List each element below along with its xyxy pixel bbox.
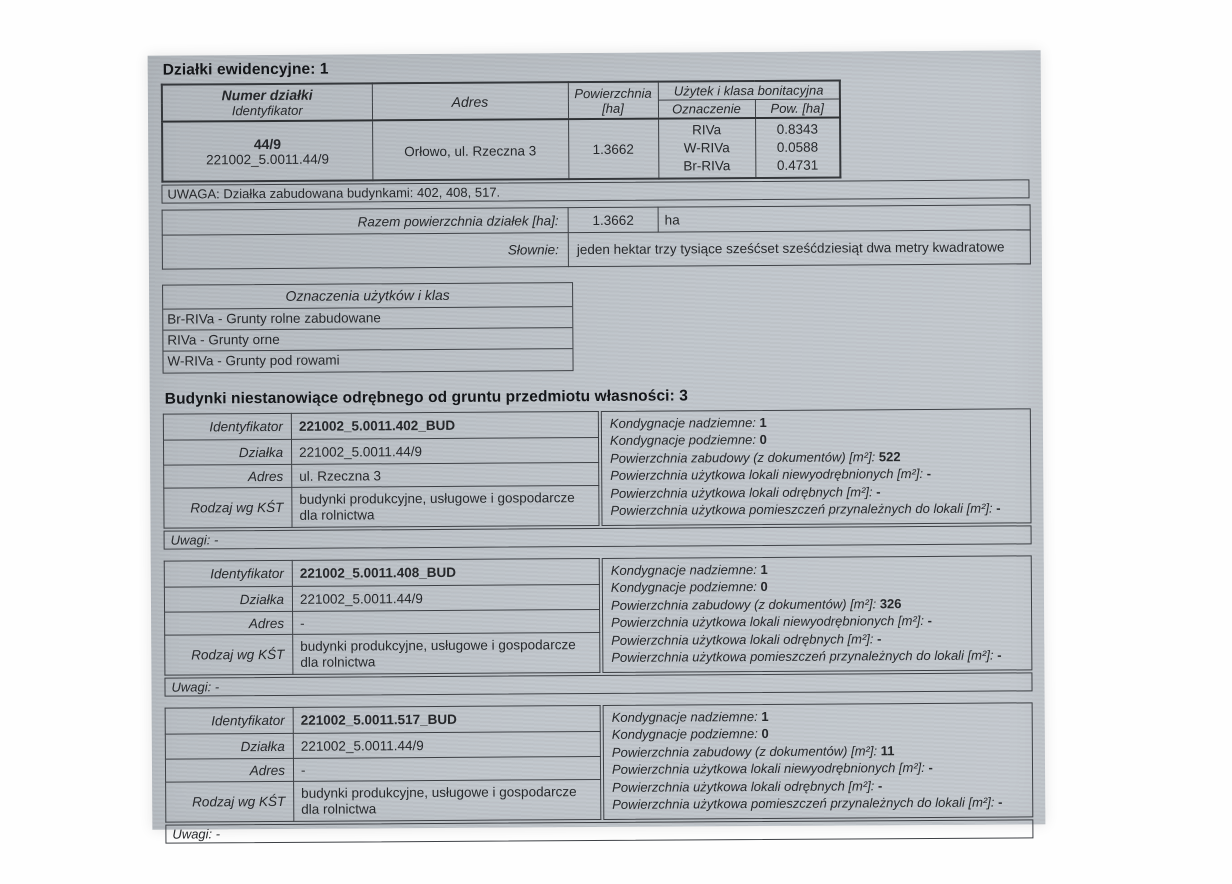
- parcel-row: 44/9 221002_5.0011.44/9 Orłowo, ul. Rzec…: [162, 118, 840, 182]
- buildings-section-title: Budynki niestanowiące odrębnego od grunt…: [165, 385, 1043, 408]
- attr-value: -: [928, 760, 932, 775]
- attr-label: Powierzchnia użytkowa pomieszczeń przyna…: [612, 795, 994, 812]
- header-identyfikator-label: Identyfikator: [169, 102, 366, 118]
- attr-value: -: [877, 631, 881, 646]
- attr-label: Powierzchnia zabudowy (z dokumentów) [m²…: [612, 743, 877, 760]
- building-id-label: Identyfikator: [165, 707, 293, 734]
- attr-label: Powierzchnia użytkowa lokali odrębnych […: [610, 484, 872, 501]
- building-block: Identyfikator 221002_5.0011.517_BUD Dzia…: [165, 702, 1034, 822]
- legend-item: RIVa - Grunty orne: [163, 328, 572, 351]
- attr-value: 1: [761, 709, 768, 724]
- total-area-label: Razem powierzchnia działek [ha]:: [162, 208, 568, 235]
- land-use-area: 0.4731: [762, 157, 834, 175]
- parcels-section-title: Działki ewidencyjne: 1: [163, 56, 1041, 79]
- building-parcel-label: Działka: [163, 439, 291, 465]
- attr-value: -: [876, 484, 880, 499]
- building-type-label: Rodzaj wg KŚT: [164, 487, 292, 528]
- attr-value: -: [997, 648, 1001, 663]
- attr-label: Powierzchnia zabudowy (z dokumentów) [m²…: [611, 596, 876, 613]
- parcel-note: UWAGA: Działka zabudowana budynkami: 402…: [161, 179, 1029, 203]
- building-block: Identyfikator 221002_5.0011.402_BUD Dzia…: [163, 408, 1032, 528]
- legend-item: Br-RIVa - Grunty rolne zabudowane: [163, 307, 572, 330]
- header-powierzchnia-line2: [ha]: [574, 100, 651, 115]
- building-type-label: Rodzaj wg KŚT: [165, 634, 293, 675]
- building-attributes-panel: Kondygnacje nadziemne: 1 Kondygnacje pod…: [602, 555, 1033, 673]
- area-summary-table: Razem powierzchnia działek [ha]: 1.3662 …: [162, 204, 1031, 269]
- attr-value: 522: [879, 449, 901, 464]
- building-parcel-value: 221002_5.0011.44/9: [293, 731, 600, 758]
- building-parcel-value: 221002_5.0011.44/9: [292, 584, 599, 611]
- attr-label: Powierzchnia użytkowa lokali niewyodrębn…: [611, 613, 924, 630]
- attr-value: -: [927, 466, 931, 481]
- attr-label: Powierzchnia użytkowa lokali odrębnych […: [612, 778, 874, 795]
- legend-item: W-RIVa - Grunty pod rowami: [163, 349, 572, 372]
- total-area-unit: ha: [658, 205, 1030, 232]
- building-info-table: Identyfikator 221002_5.0011.408_BUD Dzia…: [164, 558, 601, 676]
- parcel-address: Orłowo, ul. Rzeczna 3: [372, 119, 568, 180]
- building-block: Identyfikator 221002_5.0011.408_BUD Dzia…: [164, 555, 1033, 675]
- building-address-value: ul. Rzeczna 3: [292, 462, 599, 487]
- attr-label: Kondygnacje podziemne:: [611, 579, 757, 595]
- attr-value: 326: [880, 596, 902, 611]
- parcel-number-cell: 44/9 221002_5.0011.44/9: [162, 120, 372, 181]
- building-type-value: budynki produkcyjne, usługowe i gospodar…: [293, 632, 600, 674]
- building-id-value: 221002_5.0011.408_BUD: [292, 558, 599, 586]
- attr-usable-area-ancillary: Powierzchnia użytkowa pomieszczeń przyna…: [612, 793, 1024, 813]
- building-parcel-label: Działka: [165, 733, 293, 759]
- attr-value: 0: [760, 579, 767, 594]
- land-use-legend: Oznaczenia użytków i klas Br-RIVa - Grun…: [162, 282, 574, 374]
- attr-value: -: [996, 501, 1000, 516]
- building-address-label: Adres: [165, 758, 293, 782]
- attr-usable-area-ancillary: Powierzchnia użytkowa pomieszczeń przyna…: [611, 646, 1023, 666]
- col-header-numer-dzialki: Numer działki Identyfikator: [162, 83, 372, 121]
- building-remarks: Uwagi: -: [165, 819, 1033, 843]
- land-use-area: 0.0588: [762, 139, 834, 157]
- in-words-label: Słownie:: [162, 233, 568, 269]
- land-use-area: 0.8343: [762, 121, 834, 139]
- land-use-code: W-RIVa: [665, 139, 749, 158]
- attr-label: Kondygnacje podziemne:: [612, 726, 758, 742]
- attr-value: -: [998, 795, 1002, 810]
- attr-label: Kondygnacje nadziemne:: [610, 415, 756, 431]
- attr-value: 11: [881, 743, 895, 758]
- land-use-code: RIVa: [665, 121, 749, 140]
- col-header-oznaczenie: Oznaczenie: [658, 100, 755, 119]
- land-use-code: Br-RIVa: [665, 157, 749, 176]
- header-powierzchnia-line1: Powierzchnia: [574, 85, 651, 100]
- col-header-uzytek-klasa: Użytek i klasa bonitacyjna: [658, 81, 840, 101]
- attr-label: Powierzchnia zabudowy (z dokumentów) [m²…: [610, 449, 875, 466]
- building-id-label: Identyfikator: [163, 413, 291, 440]
- in-words-text: jeden hektar trzy tysiące sześćset sześć…: [568, 230, 1030, 267]
- building-id-value: 221002_5.0011.402_BUD: [291, 411, 598, 439]
- attr-value: 1: [760, 562, 767, 577]
- parcels-table: Numer działki Identyfikator Adres Powier…: [161, 80, 842, 183]
- building-address-value: -: [293, 756, 600, 781]
- col-header-pow-ha: Pow. [ha]: [755, 99, 840, 118]
- attr-label: Kondygnacje nadziemne:: [611, 562, 757, 578]
- building-parcel-label: Działka: [164, 586, 292, 612]
- building-id-value: 221002_5.0011.517_BUD: [293, 705, 600, 733]
- attr-value: 1: [759, 415, 766, 430]
- building-attributes-panel: Kondygnacje nadziemne: 1 Kondygnacje pod…: [603, 702, 1034, 820]
- legend-title: Oznaczenia użytków i klas: [163, 283, 572, 309]
- attr-value: -: [878, 778, 882, 793]
- building-parcel-value: 221002_5.0011.44/9: [291, 437, 598, 464]
- col-header-adres: Adres: [372, 82, 568, 120]
- col-header-powierzchnia: Powierzchnia [ha]: [568, 82, 658, 120]
- building-type-value: budynki produkcyjne, usługowe i gospodar…: [292, 485, 599, 527]
- attr-value: 0: [760, 432, 767, 447]
- building-info-table: Identyfikator 221002_5.0011.517_BUD Dzia…: [165, 705, 602, 823]
- attr-value: -: [928, 613, 932, 628]
- header-numer-dzialki-label: Numer działki: [169, 86, 366, 103]
- attr-label: Kondygnacje nadziemne:: [612, 709, 758, 725]
- parcel-identifier: 221002_5.0011.44/9: [169, 151, 366, 167]
- building-address-label: Adres: [164, 464, 292, 488]
- building-address-label: Adres: [165, 611, 293, 635]
- parcel-land-use-areas: 0.8343 0.0588 0.4731: [755, 118, 840, 179]
- parcel-number: 44/9: [169, 135, 366, 152]
- attr-label: Powierzchnia użytkowa pomieszczeń przyna…: [610, 501, 992, 518]
- attr-label: Powierzchnia użytkowa pomieszczeń przyna…: [611, 648, 993, 665]
- building-id-label: Identyfikator: [164, 560, 292, 587]
- attr-label: Kondygnacje podziemne:: [610, 432, 756, 448]
- building-type-value: budynki produkcyjne, usługowe i gospodar…: [294, 779, 601, 821]
- building-attributes-panel: Kondygnacje nadziemne: 1 Kondygnacje pod…: [601, 408, 1032, 526]
- attr-label: Powierzchnia użytkowa lokali niewyodrębn…: [610, 466, 923, 483]
- parcel-land-use-codes: RIVa W-RIVa Br-RIVa: [658, 118, 755, 179]
- attr-value: 0: [761, 726, 768, 741]
- building-address-value: -: [293, 609, 600, 634]
- total-area-value: 1.3662: [568, 207, 658, 233]
- attr-usable-area-ancillary: Powierzchnia użytkowa pomieszczeń przyna…: [610, 499, 1022, 519]
- parcel-area: 1.3662: [568, 119, 658, 180]
- scanned-document-page: Działki ewidencyjne: 1 Numer działki Ide…: [148, 50, 1046, 829]
- building-info-table: Identyfikator 221002_5.0011.402_BUD Dzia…: [163, 411, 600, 529]
- attr-label: Powierzchnia użytkowa lokali niewyodrębn…: [612, 760, 925, 777]
- attr-label: Powierzchnia użytkowa lokali odrębnych […: [611, 631, 873, 648]
- building-type-label: Rodzaj wg KŚT: [166, 781, 294, 822]
